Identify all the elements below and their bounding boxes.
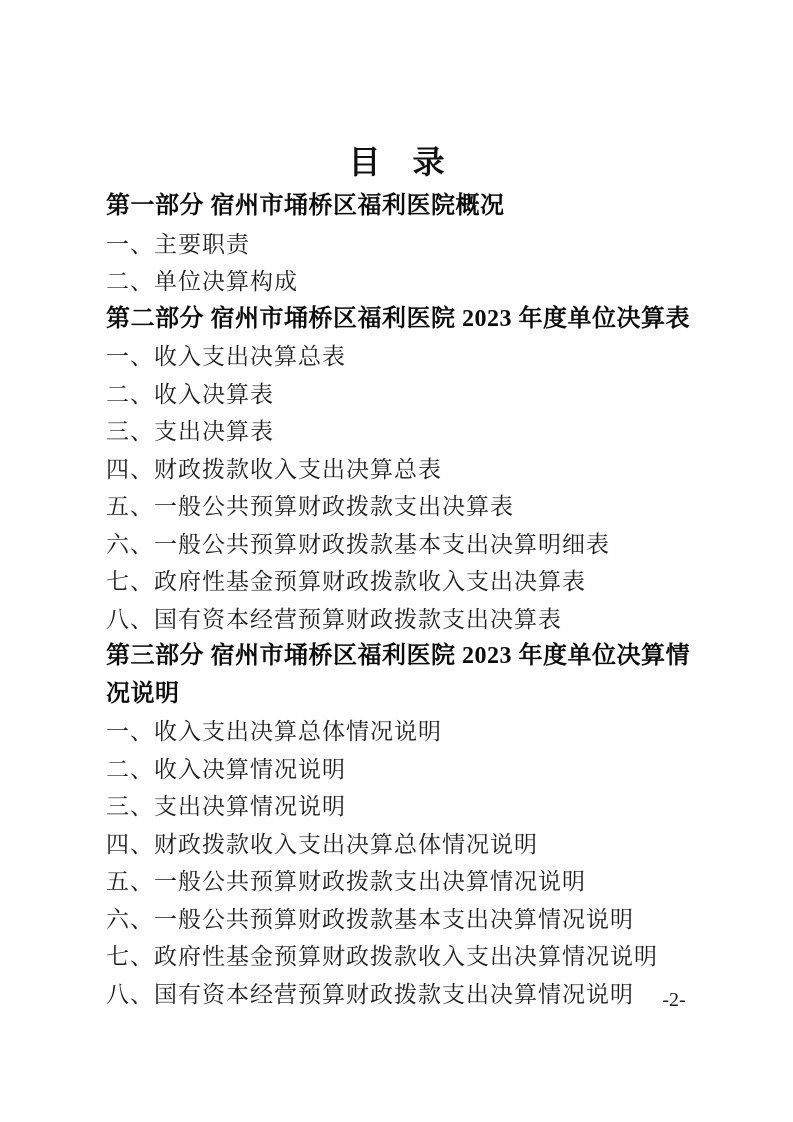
toc-entry: 八、国有资本经营预算财政拨款支出决算表: [106, 601, 698, 639]
toc-entry-label: 五、一般公共预算财政拨款支出决算表: [106, 494, 514, 519]
toc-entry: 七、政府性基金预算财政拨款收入支出决算表: [106, 563, 698, 601]
toc-entry: 七、政府性基金预算财政拨款收入支出决算情况说明: [106, 938, 698, 976]
page-title: 目 录: [0, 142, 793, 182]
toc-entry: 二、收入决算情况说明: [106, 751, 698, 789]
toc-entry-label: 一、收入支出决算总表: [106, 344, 346, 369]
toc-entry-label: 七、政府性基金预算财政拨款收入支出决算表: [106, 569, 586, 594]
toc-entry: 第三部分 宿州市埇桥区福利医院 2023 年度单位决算情况说明: [106, 638, 698, 713]
toc-entry-label: 八、国有资本经营预算财政拨款支出决算情况说明: [106, 982, 634, 1007]
toc-entry-label: 四、财政拨款收入支出决算总体情况说明: [106, 832, 538, 857]
toc-entry: 四、财政拨款收入支出决算总体情况说明: [106, 826, 698, 864]
toc-entry-label: 一、主要职责: [106, 232, 250, 257]
toc-entry: 二、单位决算构成: [106, 263, 698, 301]
toc-entry-label: 六、一般公共预算财政拨款基本支出决算明细表: [106, 532, 610, 557]
document-page: 目 录 第一部分 宿州市埇桥区福利医院概况 一、主要职责 二、单位决算构成 第二…: [0, 0, 793, 1122]
toc-entry-label: 二、单位决算构成: [106, 269, 298, 294]
toc-entry-label: 一、收入支出决算总体情况说明: [106, 719, 442, 744]
toc-entry-label: 三、支出决算表: [106, 419, 274, 444]
toc-entry: 五、一般公共预算财政拨款支出决算表: [106, 488, 698, 526]
toc-entry: 第一部分 宿州市埇桥区福利医院概况: [106, 188, 698, 226]
toc-entry-label: 五、一般公共预算财政拨款支出决算情况说明: [106, 869, 586, 894]
toc-entry-label: 二、收入决算表: [106, 382, 274, 407]
toc-entry: 八、国有资本经营预算财政拨款支出决算情况说明: [106, 976, 698, 1014]
toc-entry: 三、支出决算情况说明: [106, 788, 698, 826]
toc-content: 第一部分 宿州市埇桥区福利医院概况 一、主要职责 二、单位决算构成 第二部分 宿…: [106, 188, 698, 1013]
toc-entry: 六、一般公共预算财政拨款基本支出决算情况说明: [106, 901, 698, 939]
toc-entry-label: 第一部分 宿州市埇桥区福利医院概况: [106, 193, 505, 219]
page-number: -2-: [650, 988, 698, 1012]
toc-entry-label: 七、政府性基金预算财政拨款收入支出决算情况说明: [106, 944, 658, 969]
toc-list: 第一部分 宿州市埇桥区福利医院概况 一、主要职责 二、单位决算构成 第二部分 宿…: [106, 188, 698, 1013]
toc-entry: 三、支出决算表: [106, 413, 698, 451]
toc-entry-label: 二、收入决算情况说明: [106, 757, 346, 782]
toc-entry-label: 第三部分 宿州市埇桥区福利医院 2023 年度单位决算情况说明: [106, 643, 690, 707]
toc-entry-label: 六、一般公共预算财政拨款基本支出决算情况说明: [106, 907, 634, 932]
toc-entry-label: 第二部分 宿州市埇桥区福利医院 2023 年度单位决算表: [106, 306, 690, 332]
toc-entry: 二、收入决算表: [106, 376, 698, 414]
toc-entry: 六、一般公共预算财政拨款基本支出决算明细表: [106, 526, 698, 564]
toc-entry: 一、收入支出决算总体情况说明: [106, 713, 698, 751]
toc-entry-label: 三、支出决算情况说明: [106, 794, 346, 819]
toc-entry: 一、收入支出决算总表: [106, 338, 698, 376]
toc-entry: 一、主要职责: [106, 226, 698, 264]
toc-entry-label: 八、国有资本经营预算财政拨款支出决算表: [106, 607, 562, 632]
toc-entry: 五、一般公共预算财政拨款支出决算情况说明: [106, 863, 698, 901]
toc-entry: 四、财政拨款收入支出决算总表: [106, 451, 698, 489]
toc-entry-label: 四、财政拨款收入支出决算总表: [106, 457, 442, 482]
toc-entry: 第二部分 宿州市埇桥区福利医院 2023 年度单位决算表: [106, 301, 698, 339]
